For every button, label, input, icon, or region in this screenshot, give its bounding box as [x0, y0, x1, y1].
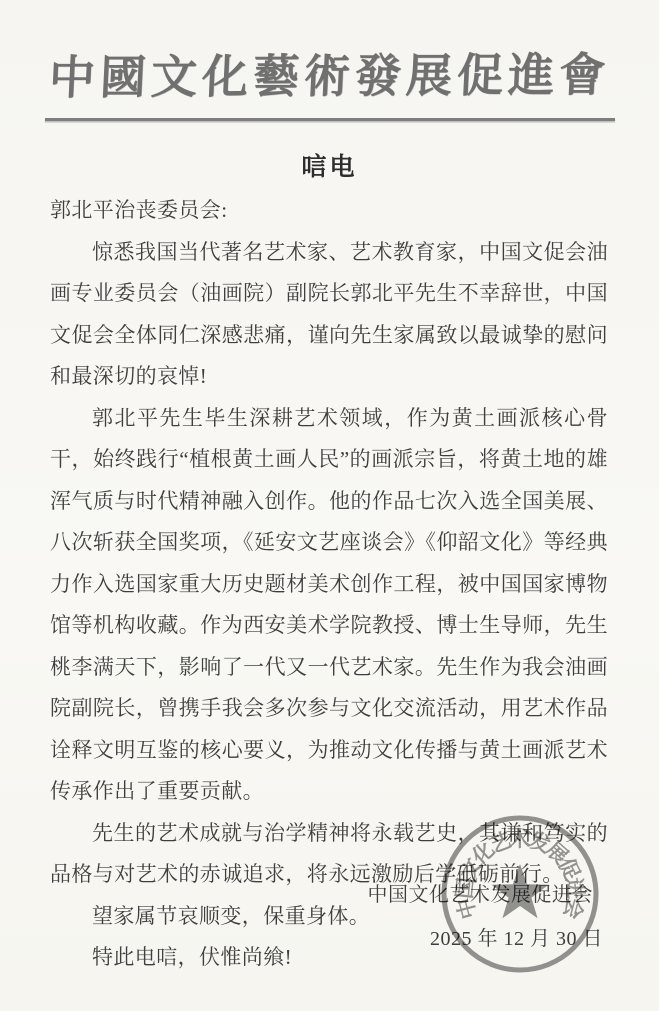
condolence-letter-page: 中國文化藝術發展促進會 唁电 郭北平治丧委员会: 惊悉我国当代著名艺术家、艺术教…: [0, 0, 659, 1011]
salutation: 郭北平治丧委员会:: [50, 190, 608, 232]
signature-date: 2025 年 12 月 30 日: [430, 922, 603, 951]
body-paragraph: 郭北平先生毕生深耕艺术领域，作为黄土画派核心骨干，始终践行“植根黄土画人民”的画…: [50, 398, 608, 813]
body-paragraph: 惊悉我国当代著名艺术家、艺术教育家，中国文促会油画专业委员会（油画院）副院长郭北…: [50, 232, 608, 398]
letter-body: 郭北平治丧委员会: 惊悉我国当代著名艺术家、艺术教育家，中国文促会油画专业委员会…: [50, 190, 608, 979]
letterhead-org-name: 中國文化藝術發展促進會: [48, 47, 612, 107]
document-title: 唁电: [0, 147, 659, 183]
letterhead-divider: [45, 118, 615, 121]
signature-org-name: 中国文化艺术发展促进会: [368, 878, 594, 907]
letterhead: 中國文化藝術發展促進會: [0, 48, 659, 106]
